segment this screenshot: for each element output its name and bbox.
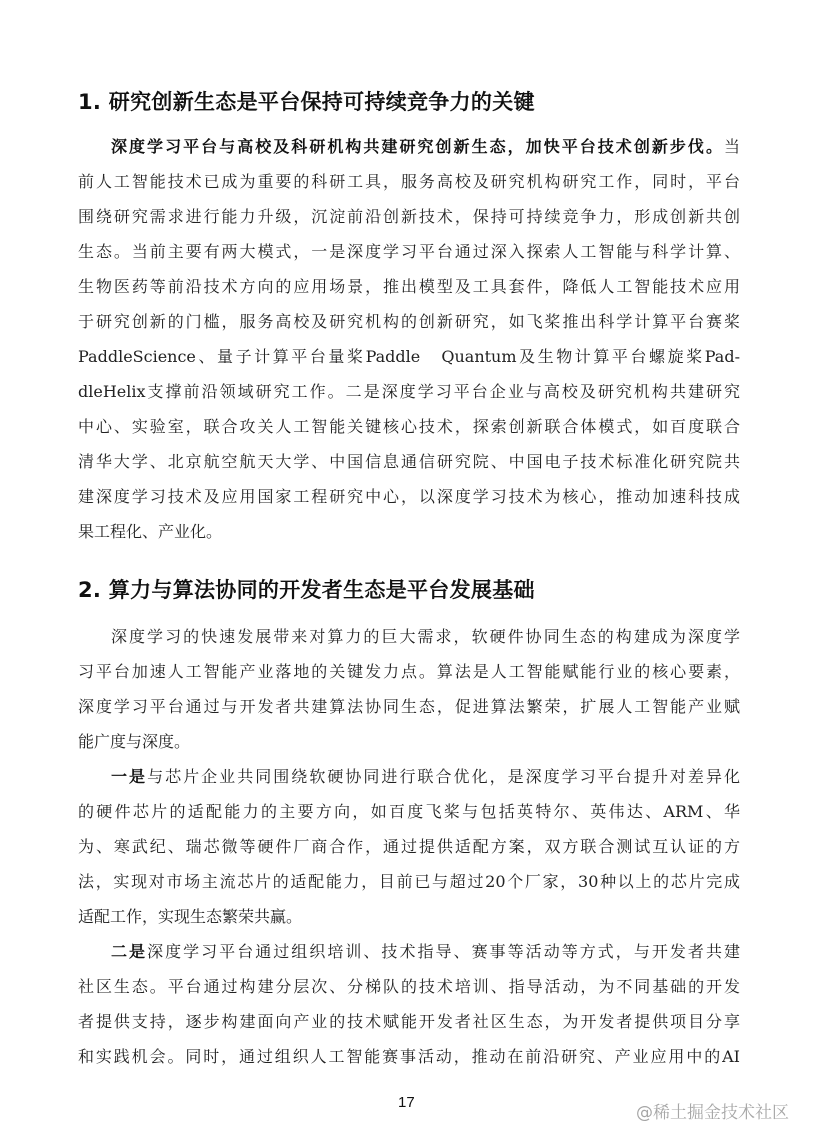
paragraph-line: 围绕研究需求进行能力升级，沉淀前沿创新技术，保持可持续竞争力，形成创新共创: [78, 207, 740, 229]
paragraph-line: 二是深度学习平台通过组织培训、技术指导、赛事等活动等方式，与开发者共建: [78, 942, 740, 964]
paragraph-line: 为、寒武纪、瑞芯微等硬件厂商合作，通过提供适配方案，双方联合测试互认证的方: [78, 837, 740, 859]
paragraph-line: 生物医药等前沿技术方向的应用场景，推出模型及工具套件，降低人工智能技术应用: [78, 277, 740, 299]
paragraph-line: 清华大学、北京航空航天大学、中国信息通信研究院、中国电子技术标准化研究院共: [78, 452, 740, 474]
paragraph-line: 深度学习平台通过与开发者共建算法协同生态，促进算法繁荣，扩展人工智能产业赋: [78, 697, 740, 719]
paragraph-line: 中心、实验室，联合攻关人工智能关键核心技术，探索创新联合体模式，如百度联合: [78, 417, 740, 439]
paragraph-line: 和实践机会。同时，通过组织人工智能赛事活动，推动在前沿研究、产业应用中的AI: [78, 1047, 740, 1069]
paragraph-line: 深度学习的快速发展带来对算力的巨大需求，软硬件协同生态的构建成为深度学: [78, 627, 740, 649]
paragraph-line: 适配工作，实现生态繁荣共赢。: [78, 907, 740, 929]
paragraph-line: 一是与芯片企业共同围绕软硬协同进行联合优化，是深度学习平台提升对差异化: [78, 767, 740, 789]
paragraph-line: 法，实现对市场主流芯片的适配能力，目前已与超过20个厂家，30种以上的芯片完成: [78, 872, 740, 894]
paragraph-line: 习平台加速人工智能产业落地的关键发力点。算法是人工智能赋能行业的核心要素，: [78, 662, 740, 684]
paragraph-line: 果工程化、产业化。: [78, 522, 740, 544]
paragraph-line: 社区生态。平台通过构建分层次、分梯队的技术培训、指导活动，为不同基础的开发: [78, 977, 740, 999]
watermark: @稀土掘金技术社区: [636, 1098, 789, 1123]
paragraph-line: 深度学习平台与高校及科研机构共建研究创新生态，加快平台技术创新步伐。当: [78, 137, 740, 159]
paragraph-line: 的硬件芯片的适配能力的主要方向，如百度飞桨与包括英特尔、英伟达、ARM、华: [78, 802, 740, 824]
section-2-heading: 2. 算力与算法协同的开发者生态是平台发展基础: [78, 574, 535, 604]
paragraph-line: 生态。当前主要有两大模式，一是深度学习平台通过深入探索人工智能与科学计算、: [78, 242, 740, 264]
bold-lead: 二是: [111, 942, 147, 961]
bold-lead: 一是: [111, 767, 147, 786]
bold-lead: 深度学习平台与高校及科研机构共建研究创新生态，加快平台技术创新步伐。: [111, 137, 724, 156]
paragraph-line: 者提供支持，逐步构建面向产业的技术赋能开发者社区生态，为开发者提供项目分享: [78, 1012, 740, 1034]
paragraph-line: PaddleScience、量子计算平台量桨Paddle Quantum及生物计…: [78, 347, 740, 369]
paragraph-line: 前人工智能技术已成为重要的科研工具，服务高校及研究机构研究工作，同时，平台: [78, 172, 740, 194]
page-number: 17: [398, 1094, 415, 1111]
paragraph-line: 能广度与深度。: [78, 732, 740, 754]
paragraph-line: 建深度学习技术及应用国家工程研究中心，以深度学习技术为核心，推动加速科技成: [78, 487, 740, 509]
section-1-heading: 1. 研究创新生态是平台保持可持续竞争力的关键: [78, 86, 535, 116]
paragraph-line: dleHelix支撑前沿领域研究工作。二是深度学习平台企业与高校及研究机构共建研…: [78, 382, 740, 404]
paragraph-line: 于研究创新的门槛，服务高校及研究机构的创新研究，如飞桨推出科学计算平台赛桨: [78, 312, 740, 334]
